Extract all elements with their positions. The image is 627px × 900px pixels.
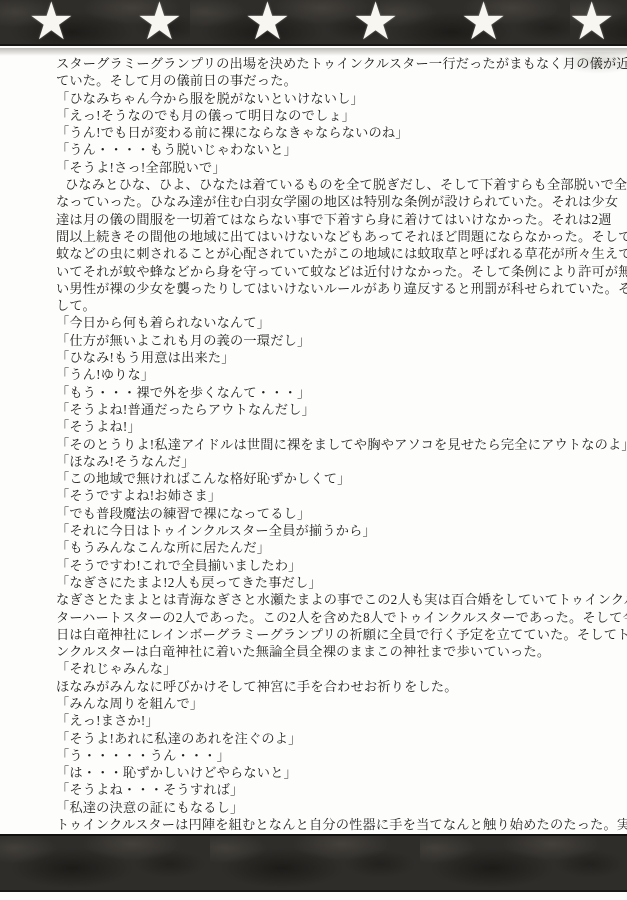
text-line: 「でも普段魔法の練習で裸になってるし」 [56,505,589,522]
text-line: 「ひなみちゃん今から服を脱がないといけないし」 [56,90,589,107]
text-line: 「この地域で無ければこんな格好恥ずかしくて」 [56,470,589,487]
star-icon: ★ [568,0,615,44]
text-line: 「ほなみ!そうなんだ」 [56,453,589,470]
text-line: なぎさとたまよとは青海なぎさと水瀬たまよの事でこの2人も実は百合婚をしていてトゥ… [56,591,589,608]
scanned-document-page: ★★★★★★ スターグラミーグランプリの出場を決めたトゥインクルスター一行だった… [0,0,627,900]
text-line: 間以上続きその間他の地域に出てはいけないなどもあってそれほど問題にならなかった。… [56,228,589,245]
top-star-banner: ★★★★★★ [0,0,627,46]
star-icon: ★ [28,0,75,44]
text-line: スターグラミーグランプリの出場を決めたトゥインクルスター一行だったがまもなく月の… [56,55,589,72]
text-line: 「そうよね!普通だったらアウトなんだし」 [56,401,589,418]
text-line: 蚊などの虫に刺されることが心配されていたがこの地域には蚊取草と呼ばれる草花が所々… [56,245,589,262]
text-line: 「ひなみ!もう用意は出来た」 [56,349,589,366]
text-line: 日は白竜神社にレインボーグラミーグランプリの祈願に全員で行く予定を立てていた。そ… [56,626,589,643]
text-line: 「それに今日はトゥインクルスター全員が揃うから」 [56,522,589,539]
star-icon: ★ [136,0,183,44]
text-line: 達は月の儀の間服を一切着てはならない事で下着すら身に着けてはいけなかった。それは… [56,211,589,228]
text-line: 「う・・・・・うん・・・」 [56,747,589,764]
text-line: 「そうですよね!お姉さま」 [56,487,589,504]
text-line: 「仕方が無いよこれも月の義の一環だし」 [56,332,589,349]
star-icon: ★ [460,0,507,44]
star-icon: ★ [352,0,399,44]
text-line: して。 [56,297,589,314]
text-line: 「それじゃみんな」 [56,660,589,677]
text-line: 「えっ!まさか!」 [56,712,589,729]
star-icon: ★ [244,0,291,44]
text-line: 「そうよ!さっ!全部脱いで」 [56,159,589,176]
text-line: いてそれが蚊や蜂などから身を守っていて蚊などは近付けなかった。そして条例により許… [56,263,589,280]
text-line: 「そのとうりよ!私達アイドルは世間に裸をましてや胸やアソコを見せたら完全にアウト… [56,436,589,453]
text-line: 「そうよね!」 [56,418,589,435]
text-line: 「今日から何も着られないなんて」 [56,314,589,331]
text-line: い男性が裸の少女を襲ったりしてはいけないルールがあり違反すると刑罰が科せられてい… [56,280,589,297]
text-line: 「は・・・恥ずかしいけどやらないと」 [56,764,589,781]
text-line: なっていった。ひなみ達が住む白羽女学園の地区は特別な条例が設けられていた。それは… [56,193,589,210]
text-line: ていた。そして月の儀前日の事だった。 [56,72,589,89]
text-line: 「みんな周りを組んで」 [56,695,589,712]
text-line: 「そうよね・・・そうすれば」 [56,781,589,798]
text-line: ンクルスターは白竜神社に着いた無論全員全裸のままこの神社まで歩いていった。 [56,643,589,660]
text-line: ほなみがみんなに呼びかけそして神宮に手を合わせお祈りをした。 [56,678,589,695]
text-line: ひなみとひな、ひよ、ひなたは着ているものを全て脱ぎだし、そして下着すらも全部脱い… [56,176,589,193]
text-line: 「えっ!そうなのでも月の儀って明日なのでしょ」 [56,107,589,124]
bottom-banner [0,834,627,892]
text-line: 「うん・・・・もう脱いじゃわないと」 [56,141,589,158]
text-line: ターハートスターの2人であった。この2人を含めた8人でトゥインクルスターであった… [56,609,589,626]
text-line: 「私達の決意の証にもなるし」 [56,799,589,816]
text-line: トゥインクルスターは円陣を組むとなんと自分の性器に手を当てなんと触り始めたのたっ… [56,816,589,833]
text-line: 「もうみんなこんな所に居たんだ」 [56,539,589,556]
text-line: 「なぎさにたまよ!2人も戻ってきた事だし」 [56,574,589,591]
text-line: 「うん!でも日が変わる前に裸にならなきゃならないのね」 [56,124,589,141]
text-line: 「そうよ!あれに私達のあれを注ぐのよ」 [56,730,589,747]
text-line: 「そうですわ!これで全員揃いましたわ」 [56,557,589,574]
text-line: 「もう・・・裸で外を歩くなんて・・・」 [56,384,589,401]
text-line: 「うん!ゆりな」 [56,366,589,383]
document-text: スターグラミーグランプリの出場を決めたトゥインクルスター一行だったがまもなく月の… [56,55,589,833]
